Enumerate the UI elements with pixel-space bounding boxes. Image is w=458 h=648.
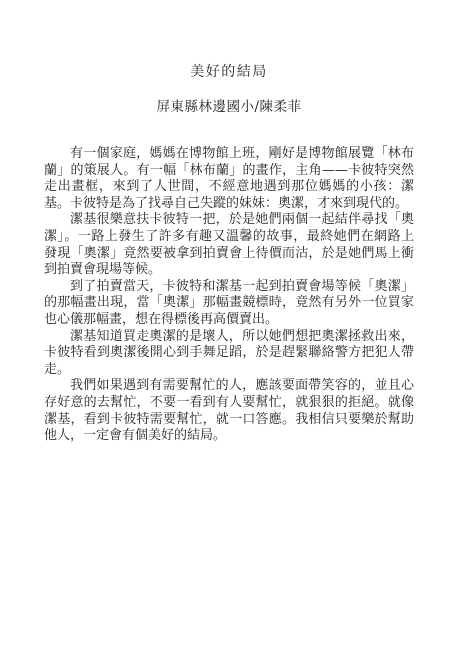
document-title: 美好的結局 [0,0,458,81]
paragraph: 到了拍賣當天，卡彼特和潔基一起到拍賣會場等候「奧潔」的那幅畫出現，當「奧潔」那幅… [44,279,414,329]
document-body: 有一個家庭，媽媽在博物館上班，剛好是博物館展覽「林布蘭」的策展人。有一幅「林布蘭… [44,146,414,445]
paragraph: 我們如果遇到有需要幫忙的人，應該要面帶笑容的，並且心存好意的去幫忙，不要一看到有… [44,378,414,444]
document-page: 美好的結局 屏東縣林邊國小/陳柔菲 有一個家庭，媽媽在博物館上班，剛好是博物館展… [0,0,458,648]
document-author: 屏東縣林邊國小/陳柔菲 [0,95,458,115]
paragraph: 潔基很樂意扶卡彼特一把，於是她們兩個一起結伴尋找「奧潔」。一路上發生了許多有趣又… [44,212,414,278]
paragraph: 有一個家庭，媽媽在博物館上班，剛好是博物館展覽「林布蘭」的策展人。有一幅「林布蘭… [44,146,414,212]
paragraph: 潔基知道買走奧潔的是壞人，所以她們想把奧潔拯救出來，卡彼特看到奧潔後開心到手舞足… [44,329,414,379]
